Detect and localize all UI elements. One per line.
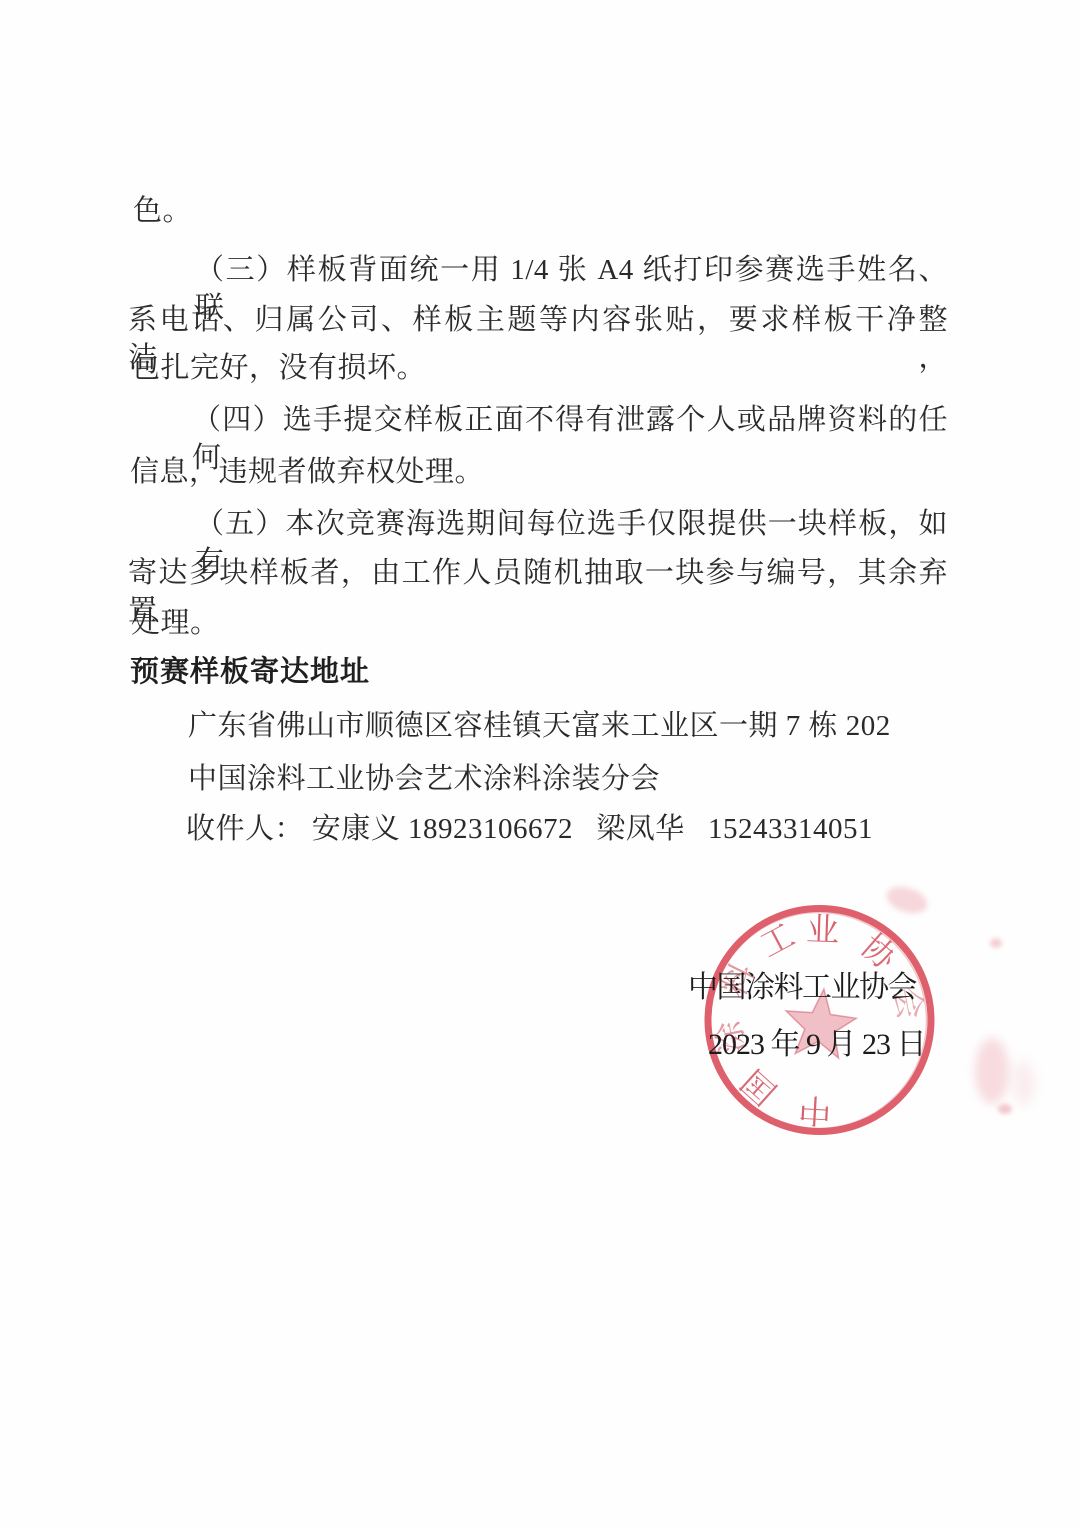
paragraph-line: 处理。 — [131, 604, 220, 642]
seal-ring-character: 业 — [805, 912, 839, 949]
paragraph-line: 包扎完好，没有损坏。 — [131, 349, 426, 387]
ink-smudge — [975, 1038, 1009, 1104]
paragraph-line: 色。 — [133, 192, 192, 230]
ink-smudge — [1014, 1060, 1034, 1106]
paragraph-line: 信息，违规者做弃权处理。 — [130, 453, 484, 491]
ink-smudge — [990, 938, 1002, 948]
signature-org: 中国涂料工业协会 — [688, 962, 916, 1006]
address-line: 广东省佛山市顺德区容桂镇天富来工业区一期 7 栋 202 — [188, 707, 891, 745]
paragraph-line: 寄达多块样板者，由工作人员随机抽取一块参与编号，其余弃置 — [128, 554, 948, 630]
section-heading: 预赛样板寄达地址 — [130, 653, 370, 691]
signature-date: 2023 年 9 月 23 日 — [708, 1019, 926, 1063]
address-line: 中国涂料工业协会艺术涂料涂装分会 — [188, 760, 660, 798]
recipient-line: 收件人： 安康义 18923106672 梁凤华 15243314051 — [186, 810, 873, 848]
ink-smudge — [998, 1104, 1012, 1114]
document-page: 色。 （三）样板背面统一用 1/4 张 A4 纸打印参赛选手姓名、联 系电话、归… — [0, 0, 1080, 1527]
seal-ring-character: 中 — [797, 1090, 832, 1129]
